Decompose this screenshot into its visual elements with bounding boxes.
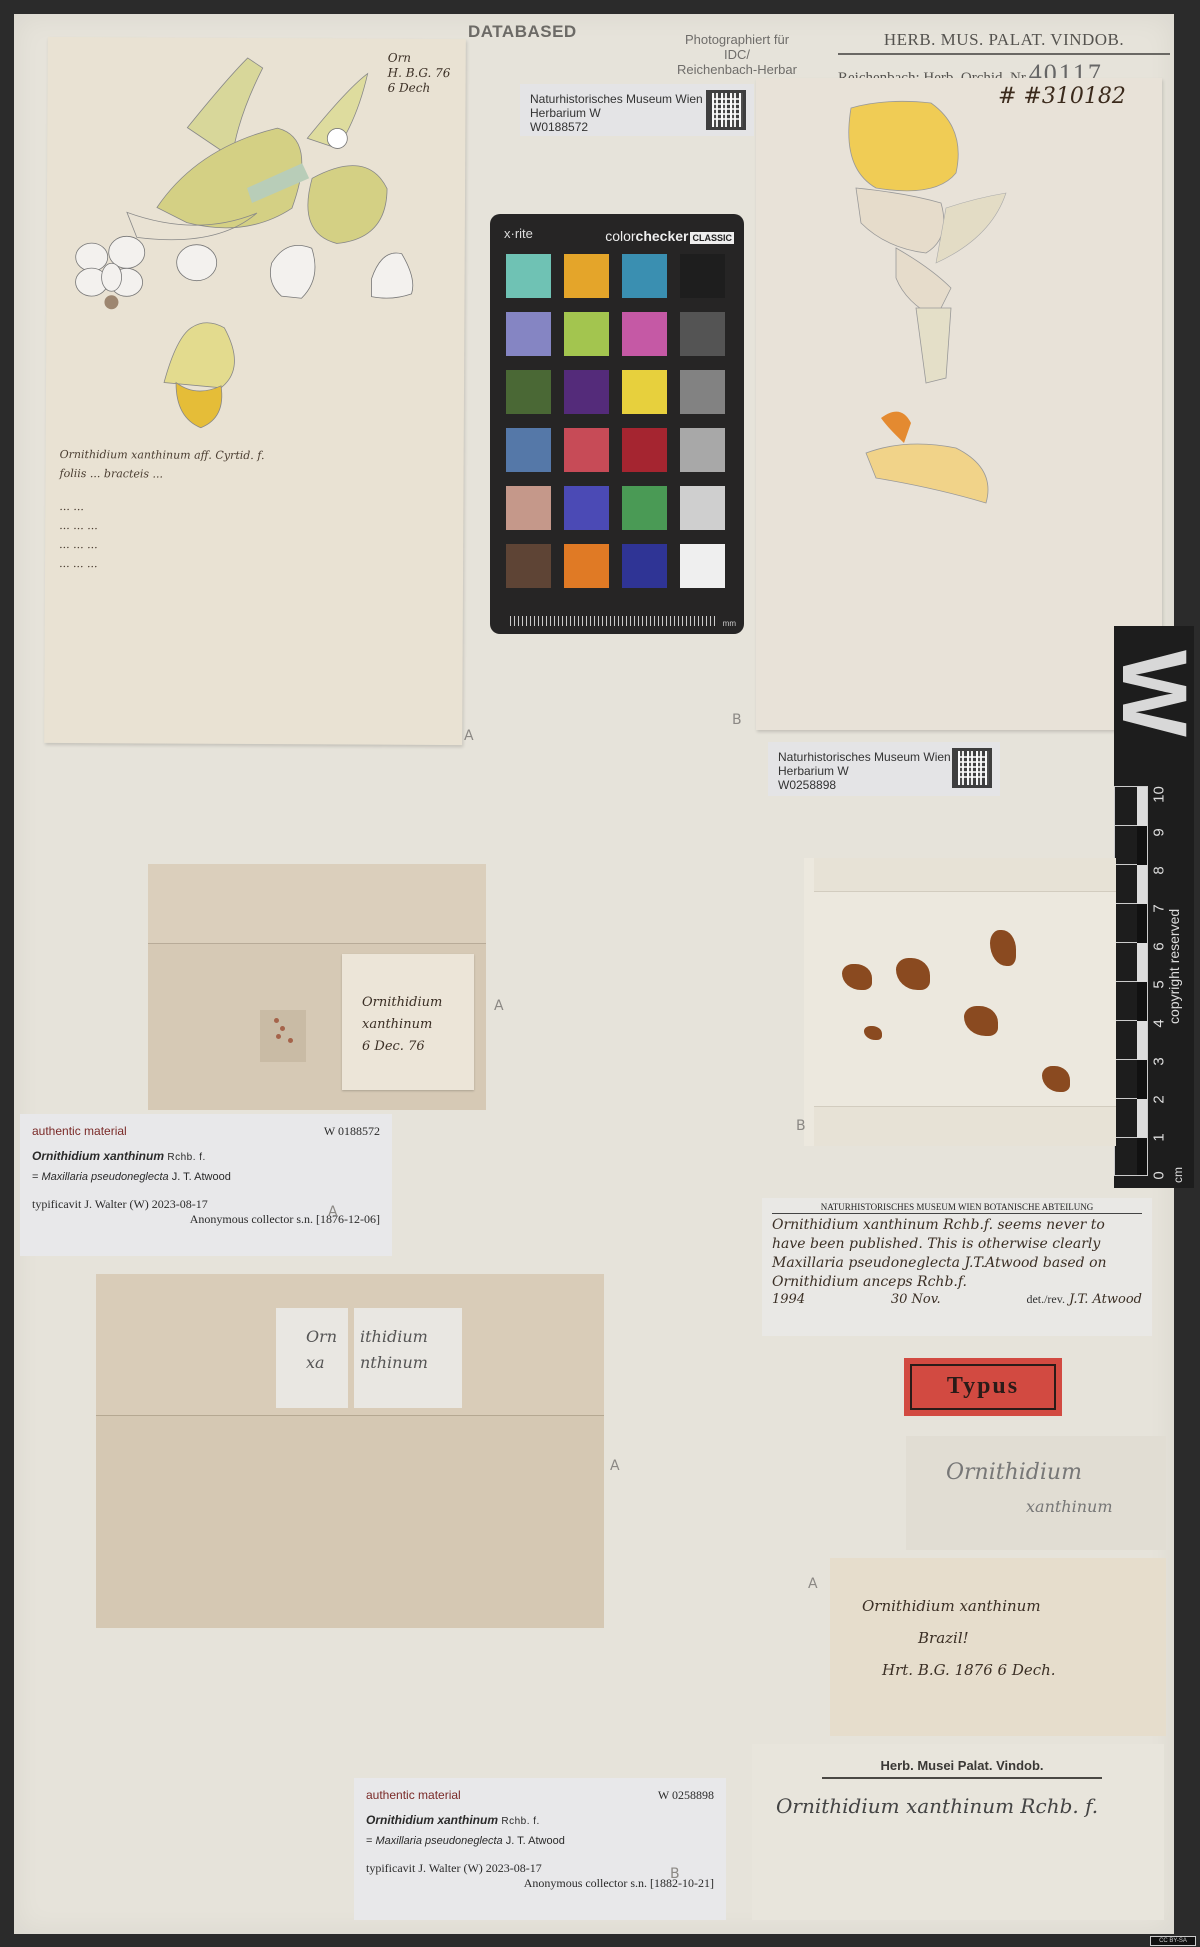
herb-label-taxon: Ornithidium xanthinum Rchb. f. bbox=[776, 1794, 1098, 1818]
orchid-illustration-b bbox=[756, 78, 1162, 730]
color-swatch bbox=[680, 544, 725, 588]
flower-fragment bbox=[896, 958, 930, 990]
color-swatch bbox=[680, 254, 725, 298]
mm-ruler bbox=[510, 616, 716, 626]
label-barcode: W 0188572 bbox=[324, 1124, 380, 1139]
packet-flap bbox=[814, 1106, 1116, 1146]
orchid-illustration-a bbox=[44, 37, 466, 745]
taxon-name: Ornithidium xanthinum Rchb. f. bbox=[32, 1149, 380, 1163]
color-swatch bbox=[564, 544, 609, 588]
det-label-text: Ornithidium xanthinum Rchb.f. seems neve… bbox=[772, 1216, 1142, 1292]
authentic-material-label-b: authentic material W 0258898 Ornithidium… bbox=[354, 1778, 726, 1920]
flower-fragment bbox=[864, 1026, 882, 1040]
license-badge: CC BY-SA bbox=[1150, 1936, 1196, 1946]
specimen-packet-b[interactable] bbox=[804, 858, 1116, 1146]
herbarium-label: Herb. Musei Palat. Vindob. Ornithidium x… bbox=[752, 1744, 1164, 1920]
packet-label-fragment: Orn xa bbox=[276, 1308, 348, 1408]
color-swatch bbox=[622, 370, 667, 414]
color-swatch bbox=[564, 486, 609, 530]
typus-label: Typus bbox=[904, 1358, 1062, 1416]
photographed-stamp: Photographiert für IDC/ Reichenbach-Herb… bbox=[672, 32, 802, 77]
color-swatch bbox=[506, 370, 551, 414]
packet-flap bbox=[814, 858, 1116, 892]
catalog-label-w0258898: Naturhistorisches Museum Wien Herbarium … bbox=[768, 742, 1000, 796]
color-swatch bbox=[506, 486, 551, 530]
packet-label-fragment: ithidium nthinum bbox=[354, 1308, 462, 1408]
packet-flap bbox=[148, 864, 486, 944]
determiner: J.T. Atwood bbox=[1069, 1292, 1142, 1307]
color-swatch bbox=[680, 370, 725, 414]
specimen-packet-c[interactable]: Orn xa ithidium nthinum bbox=[96, 1274, 604, 1628]
mark-a: A bbox=[494, 998, 504, 1014]
drawing-sheet-b: # #310182 bbox=[756, 78, 1162, 730]
label-kind: authentic material bbox=[366, 1788, 461, 1803]
det-year: 1994 bbox=[772, 1292, 805, 1307]
packet-flap bbox=[96, 1274, 604, 1416]
xrite-logo: x·rite bbox=[504, 226, 533, 241]
copyright-text: copyright reserved bbox=[1166, 826, 1188, 1106]
drawing-a-note: Orn H. B.G. 76 6 Dech bbox=[388, 51, 451, 96]
color-swatch bbox=[506, 428, 551, 472]
mark-a: A bbox=[808, 1576, 818, 1592]
catalog-label-w0188572: Naturhistorisches Museum Wien Herbarium … bbox=[520, 84, 754, 136]
photographed-stamp-line2: Reichenbach-Herbar bbox=[672, 62, 802, 77]
scale-unit: cm bbox=[1171, 1167, 1185, 1183]
typification: typificavit J. Walter (W) 2023-08-17 bbox=[366, 1861, 714, 1876]
drawing-b-number: # #310182 bbox=[998, 84, 1126, 109]
packet-a-label: Ornithidium xanthinum 6 Dec. 76 bbox=[342, 954, 474, 1090]
drawing-a-description: Ornithidium xanthinum aff. Cyrtid. f. fo… bbox=[59, 445, 450, 575]
flower-fragment bbox=[964, 1006, 998, 1036]
color-swatch bbox=[622, 312, 667, 356]
color-swatch-grid bbox=[506, 254, 734, 588]
drawing-sheet-a: Orn H. B.G. 76 6 Dech Ornithidium xanthi… bbox=[44, 37, 466, 745]
note-slip-2: Ornithidium xanthinum Brazil! Hrt. B.G. … bbox=[830, 1558, 1166, 1736]
color-swatch bbox=[564, 370, 609, 414]
synonym: = Maxillaria pseudoneglecta J. T. Atwood bbox=[366, 1835, 714, 1847]
scale-ticks bbox=[1114, 786, 1148, 1176]
det-label-header: NATURHISTORISCHES MUSEUM WIEN BOTANISCHE… bbox=[772, 1202, 1142, 1214]
color-swatch bbox=[506, 544, 551, 588]
qr-code-icon bbox=[952, 748, 992, 788]
w-logo: W bbox=[1126, 638, 1182, 748]
color-swatch bbox=[564, 428, 609, 472]
colorchecker-title: colorcheckerCLASSIC bbox=[605, 228, 734, 244]
qr-code-icon bbox=[706, 90, 746, 130]
mark-b: B bbox=[670, 1866, 680, 1882]
det-date: 30 Nov. bbox=[891, 1292, 941, 1307]
photographed-stamp-line1: Photographiert für IDC/ bbox=[672, 32, 802, 62]
color-swatch bbox=[680, 312, 725, 356]
mark-b: B bbox=[796, 1118, 806, 1134]
label-kind: authentic material bbox=[32, 1124, 127, 1139]
specimen-fragment-slide bbox=[260, 1010, 306, 1062]
taxon-name: Ornithidium xanthinum Rchb. f. bbox=[366, 1813, 714, 1827]
color-swatch bbox=[564, 254, 609, 298]
authentic-material-label-a: authentic material W 0188572 Ornithidium… bbox=[20, 1114, 392, 1256]
color-swatch bbox=[680, 486, 725, 530]
label-barcode: W 0258898 bbox=[658, 1788, 714, 1803]
color-swatch bbox=[680, 428, 725, 472]
scale-bar: W 0 1 2 3 4 5 6 7 8 9 10 copyright reser… bbox=[1114, 626, 1194, 1188]
specimen-packet-a[interactable]: Ornithidium xanthinum 6 Dec. 76 bbox=[148, 864, 486, 1110]
herbarium-stamp-title: HERB. MUS. PALAT. VINDOB. bbox=[838, 30, 1170, 55]
determination-label: NATURHISTORISCHES MUSEUM WIEN BOTANISCHE… bbox=[762, 1198, 1152, 1336]
color-swatch bbox=[564, 312, 609, 356]
flower-fragment bbox=[1042, 1066, 1070, 1092]
color-swatch bbox=[506, 254, 551, 298]
color-swatch bbox=[622, 254, 667, 298]
color-checker-card: x·rite colorcheckerCLASSIC mm bbox=[490, 214, 744, 634]
color-swatch bbox=[506, 312, 551, 356]
color-swatch bbox=[622, 428, 667, 472]
mark-a: A bbox=[464, 728, 474, 744]
note-slip-1: Ornithidium xanthinum bbox=[906, 1436, 1166, 1550]
flower-fragment bbox=[990, 930, 1016, 966]
flower-fragment bbox=[842, 964, 872, 990]
mark-a: A bbox=[610, 1458, 620, 1474]
mark-b: B bbox=[732, 712, 742, 728]
databased-stamp: DATABASED bbox=[468, 22, 577, 42]
mark-a: A bbox=[328, 1204, 338, 1220]
color-swatch bbox=[622, 486, 667, 530]
synonym: = Maxillaria pseudoneglecta J. T. Atwood bbox=[32, 1171, 380, 1183]
collector: Anonymous collector s.n. [1882-10-21] bbox=[366, 1876, 714, 1891]
color-swatch bbox=[622, 544, 667, 588]
